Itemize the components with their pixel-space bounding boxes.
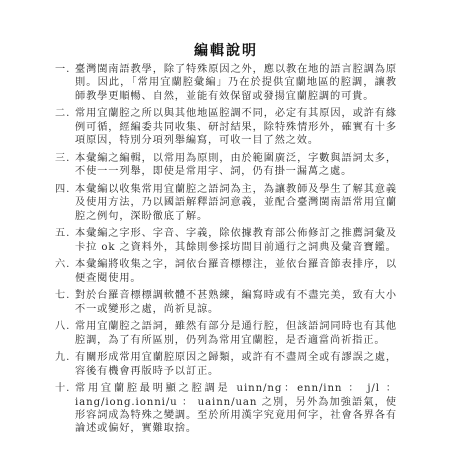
item-number: 九. bbox=[55, 351, 75, 378]
item-text: 常用宜蘭腔之語詞，雖然有部分是通行腔，但該語詞同時也有其他腔調，為了有所區別，仍… bbox=[75, 320, 397, 347]
list-item: 一.臺灣閩南語教學，除了特殊原因之外，應以教在地的語言腔調為原則。因此，「常用宜… bbox=[55, 63, 397, 103]
item-text: 臺灣閩南語教學，除了特殊原因之外，應以教在地的語言腔調為原則。因此，「常用宜蘭腔… bbox=[75, 63, 397, 103]
list-item: 九.有關形成常用宜蘭腔原因之歸類，或許有不盡周全或有謬誤之處，容後有機會再版時予… bbox=[55, 351, 397, 378]
item-number: 四. bbox=[55, 183, 75, 223]
page-title: 編輯說明 bbox=[0, 40, 452, 60]
list-item: 七.對於台羅音標標調軟體不甚熟練，編寫時或有不盡完美，致有大小不一或變形之處，尚… bbox=[55, 289, 397, 316]
editorial-notes-list: 一.臺灣閩南語教學，除了特殊原因之外，應以教在地的語言腔調為原則。因此，「常用宜… bbox=[55, 63, 397, 440]
item-text: 常用宜蘭腔最明顯之腔調是 uinn/ng：enn/inn ： j/l ： ian… bbox=[75, 382, 397, 436]
item-number: 六. bbox=[55, 258, 75, 285]
list-item: 六.本彙編將收集之字，詞依台羅音標標注，並依台羅音節表排序，以便查閱使用。 bbox=[55, 258, 397, 285]
list-item: 二.常用宜蘭腔之所以與其他地區腔調不同，必定有其原因，或許有緣例可循，經編委共同… bbox=[55, 107, 397, 147]
item-number: 一. bbox=[55, 63, 75, 103]
item-text: 本彙編之字形、字音、字義，除依據教育部公佈修訂之推薦詞彙及卡拉 ok 之資料外，… bbox=[75, 227, 397, 254]
item-number: 十. bbox=[55, 382, 75, 436]
item-text: 本彙編之編輯，以常用為原則，由於範圍廣泛，字數與語詞太多，不使一一列舉，即使是常… bbox=[75, 152, 397, 179]
list-item: 八.常用宜蘭腔之語詞，雖然有部分是通行腔，但該語詞同時也有其他腔調，為了有所區別… bbox=[55, 320, 397, 347]
item-text: 有關形成常用宜蘭腔原因之歸類，或許有不盡周全或有謬誤之處，容後有機會再版時予以訂… bbox=[75, 351, 397, 378]
item-text: 對於台羅音標標調軟體不甚熟練，編寫時或有不盡完美，致有大小不一或變形之處，尚祈見… bbox=[75, 289, 397, 316]
item-number: 二. bbox=[55, 107, 75, 147]
item-number: 三. bbox=[55, 152, 75, 179]
list-item: 五.本彙編之字形、字音、字義，除依據教育部公佈修訂之推薦詞彙及卡拉 ok 之資料… bbox=[55, 227, 397, 254]
list-item: 十.常用宜蘭腔最明顯之腔調是 uinn/ng：enn/inn ： j/l ： i… bbox=[55, 382, 397, 436]
list-item: 三.本彙編之編輯，以常用為原則，由於範圍廣泛，字數與語詞太多，不使一一列舉，即使… bbox=[55, 152, 397, 179]
item-number: 八. bbox=[55, 320, 75, 347]
item-text: 本彙編以收集常用宜蘭腔之語詞為主，為讓教師及學生了解其意義及使用方法，乃以國語解… bbox=[75, 183, 397, 223]
item-number: 五. bbox=[55, 227, 75, 254]
list-item: 四.本彙編以收集常用宜蘭腔之語詞為主，為讓教師及學生了解其意義及使用方法，乃以國… bbox=[55, 183, 397, 223]
item-text: 本彙編將收集之字，詞依台羅音標標注，並依台羅音節表排序，以便查閱使用。 bbox=[75, 258, 397, 285]
item-text: 常用宜蘭腔之所以與其他地區腔調不同，必定有其原因，或許有緣例可循，經編委共同收集… bbox=[75, 107, 397, 147]
document-page: 編輯說明 一.臺灣閩南語教學，除了特殊原因之外，應以教在地的語言腔調為原則。因此… bbox=[0, 0, 452, 452]
item-number: 七. bbox=[55, 289, 75, 316]
